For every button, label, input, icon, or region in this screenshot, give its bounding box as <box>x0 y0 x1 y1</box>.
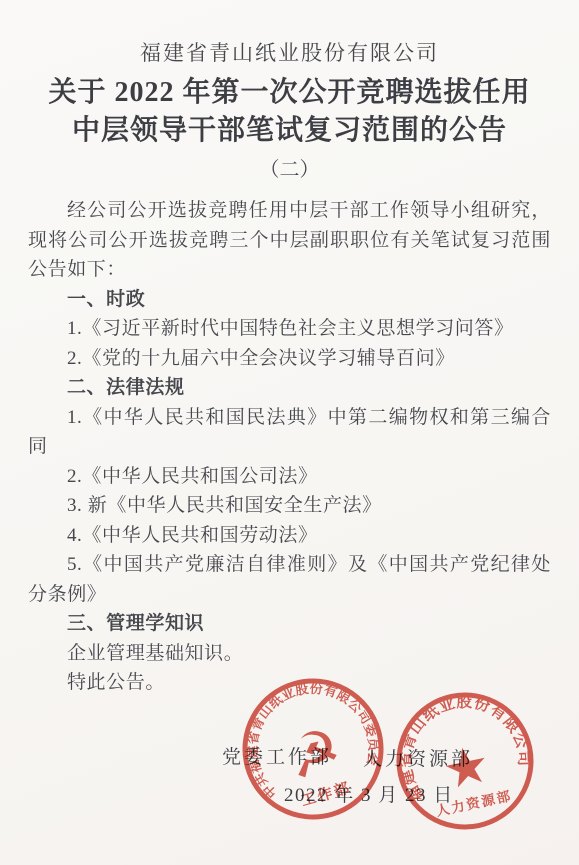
scanned-document-page: 福建省青山纸业股份有限公司 关于 2022 年第一次公开竞聘选拔任用 中层领导干… <box>0 0 579 865</box>
intro-paragraph: 经公司公开选拔竞聘任用中层干部工作领导小组研究，现将公司公开选拔竞聘三个中层副职… <box>28 196 551 285</box>
section-heading-law: 二、法律法规 <box>28 373 551 403</box>
star-icon: ★ <box>437 734 495 802</box>
announcement-title-line1: 关于 2022 年第一次公开竞聘选拔任用 <box>28 74 551 112</box>
list-item: 企业管理基础知识。 <box>28 639 551 669</box>
list-item: 4.《中华人民共和国劳动法》 <box>28 521 551 551</box>
hr-department-seal: 福建省青山纸业股份有限公司 ★ 人力资源部 <box>376 672 554 850</box>
company-name: 福建省青山纸业股份有限公司 <box>28 38 551 68</box>
list-item: 2.《中华人民共和国公司法》 <box>28 462 551 492</box>
section-heading-politics: 一、时政 <box>28 285 551 315</box>
list-item: 1.《习近平新时代中国特色社会主义思想学习问答》 <box>28 314 551 344</box>
hammer-and-sickle-icon: ☭ <box>280 714 349 794</box>
list-item: 1.《中华人民共和国民法典》中第二编物权和第三编合同 <box>28 403 551 462</box>
announcement-text: 经公司公开选拔竞聘任用中层干部工作领导小组研究，现将公司公开选拔竞聘三个中层副职… <box>28 196 551 698</box>
announcement-title-line2: 中层领导干部笔试复习范围的公告 <box>28 112 551 150</box>
list-item: 2.《党的十九届六中全会决议学习辅导百问》 <box>28 344 551 374</box>
issue-number: （二） <box>28 152 551 188</box>
document-body: 福建省青山纸业股份有限公司 关于 2022 年第一次公开竞聘选拔任用 中层领导干… <box>28 38 551 698</box>
list-item: 3. 新《中华人民共和国安全生产法》 <box>28 491 551 521</box>
section-heading-management: 三、管理学知识 <box>28 609 551 639</box>
list-item: 5.《中国共产党廉洁自律准则》及《中国共产党纪律处分条例》 <box>28 550 551 609</box>
